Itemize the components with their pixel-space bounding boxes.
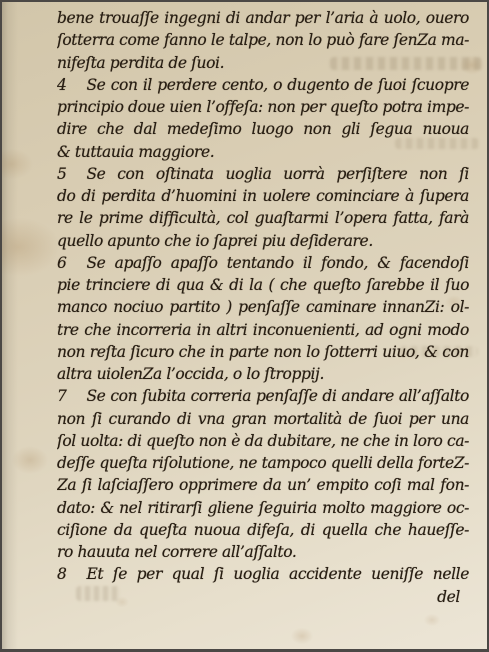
text-line: ſotterra come fanno le talpe, non lo può… xyxy=(57,29,469,51)
text-line: 7Se con ſubita correria penſaſſe di anda… xyxy=(57,385,469,407)
text-line: manco nociuo partito ) penſaſſe caminare… xyxy=(57,296,469,318)
text-line: ſol uolta: di queſto non è da dubitare, … xyxy=(57,430,469,452)
text-line: nifeſta perdita de ſuoi. xyxy=(57,52,469,74)
text-line: ro hauuta nel correre all’aſſalto. xyxy=(57,541,469,563)
text-line: tre che incorreria in altri inconuenient… xyxy=(57,319,469,341)
text-line: principio doue uien l’offeſa: non per qu… xyxy=(57,96,469,118)
text-line: pie trinciere di qua & di la ( che queſt… xyxy=(57,274,469,296)
text-line: deſſe queſta riſolutione, ne tampoco que… xyxy=(57,452,469,474)
paragraph-number: 8 xyxy=(57,563,66,585)
text-line: non reſta ſicuro che in parte non lo ſot… xyxy=(57,341,469,363)
paragraph-number: 6 xyxy=(57,252,66,274)
catchword: del xyxy=(57,586,469,608)
text-line: bene trouaſſe ingegni di andar per l’ari… xyxy=(57,7,469,29)
text-line: 4Se con il perdere cento, o dugento de ſ… xyxy=(57,74,469,96)
text-line: do di perdita d’huomini in uolere cominc… xyxy=(57,185,469,207)
text-line: re le prime difficultà, col guaſtarmi l’… xyxy=(57,207,469,229)
paragraph-number: 4 xyxy=(57,74,66,96)
text-line: dire che dal medeſimo luogo non gli ſegu… xyxy=(57,118,469,140)
text-block: bene trouaſſe ingegni di andar per l’ari… xyxy=(57,7,469,608)
text-line: non ſi curando di vna gran mortalità de … xyxy=(57,408,469,430)
text-line: & tuttauia maggiore. xyxy=(57,141,469,163)
text-line: dato: & nel ritirarſi gliene ſeguiria mo… xyxy=(57,497,469,519)
paragraph-number: 7 xyxy=(57,385,66,407)
text-line: 6Se apaſſo apaſſo tentando il fondo, & f… xyxy=(57,252,469,274)
text-line: altra uiolenZa l’occida, o lo ſtroppij. xyxy=(57,363,469,385)
text-line: quello apunto che io ſaprei piu deſidera… xyxy=(57,230,469,252)
book-page: bene trouaſſe ingegni di andar per l’ari… xyxy=(0,0,489,652)
text-line: Za ſi laſciaſſero opprimere da un’ empit… xyxy=(57,474,469,496)
text-line: 5Se con oſtinata uoglia uorrà perſiſtere… xyxy=(57,163,469,185)
paragraph-number: 5 xyxy=(57,163,66,185)
text-line: ciſione da queſta nuoua difeſa, di quell… xyxy=(57,519,469,541)
text-line: 8Et ſe per qual ſi uoglia accidente ueni… xyxy=(57,563,469,585)
